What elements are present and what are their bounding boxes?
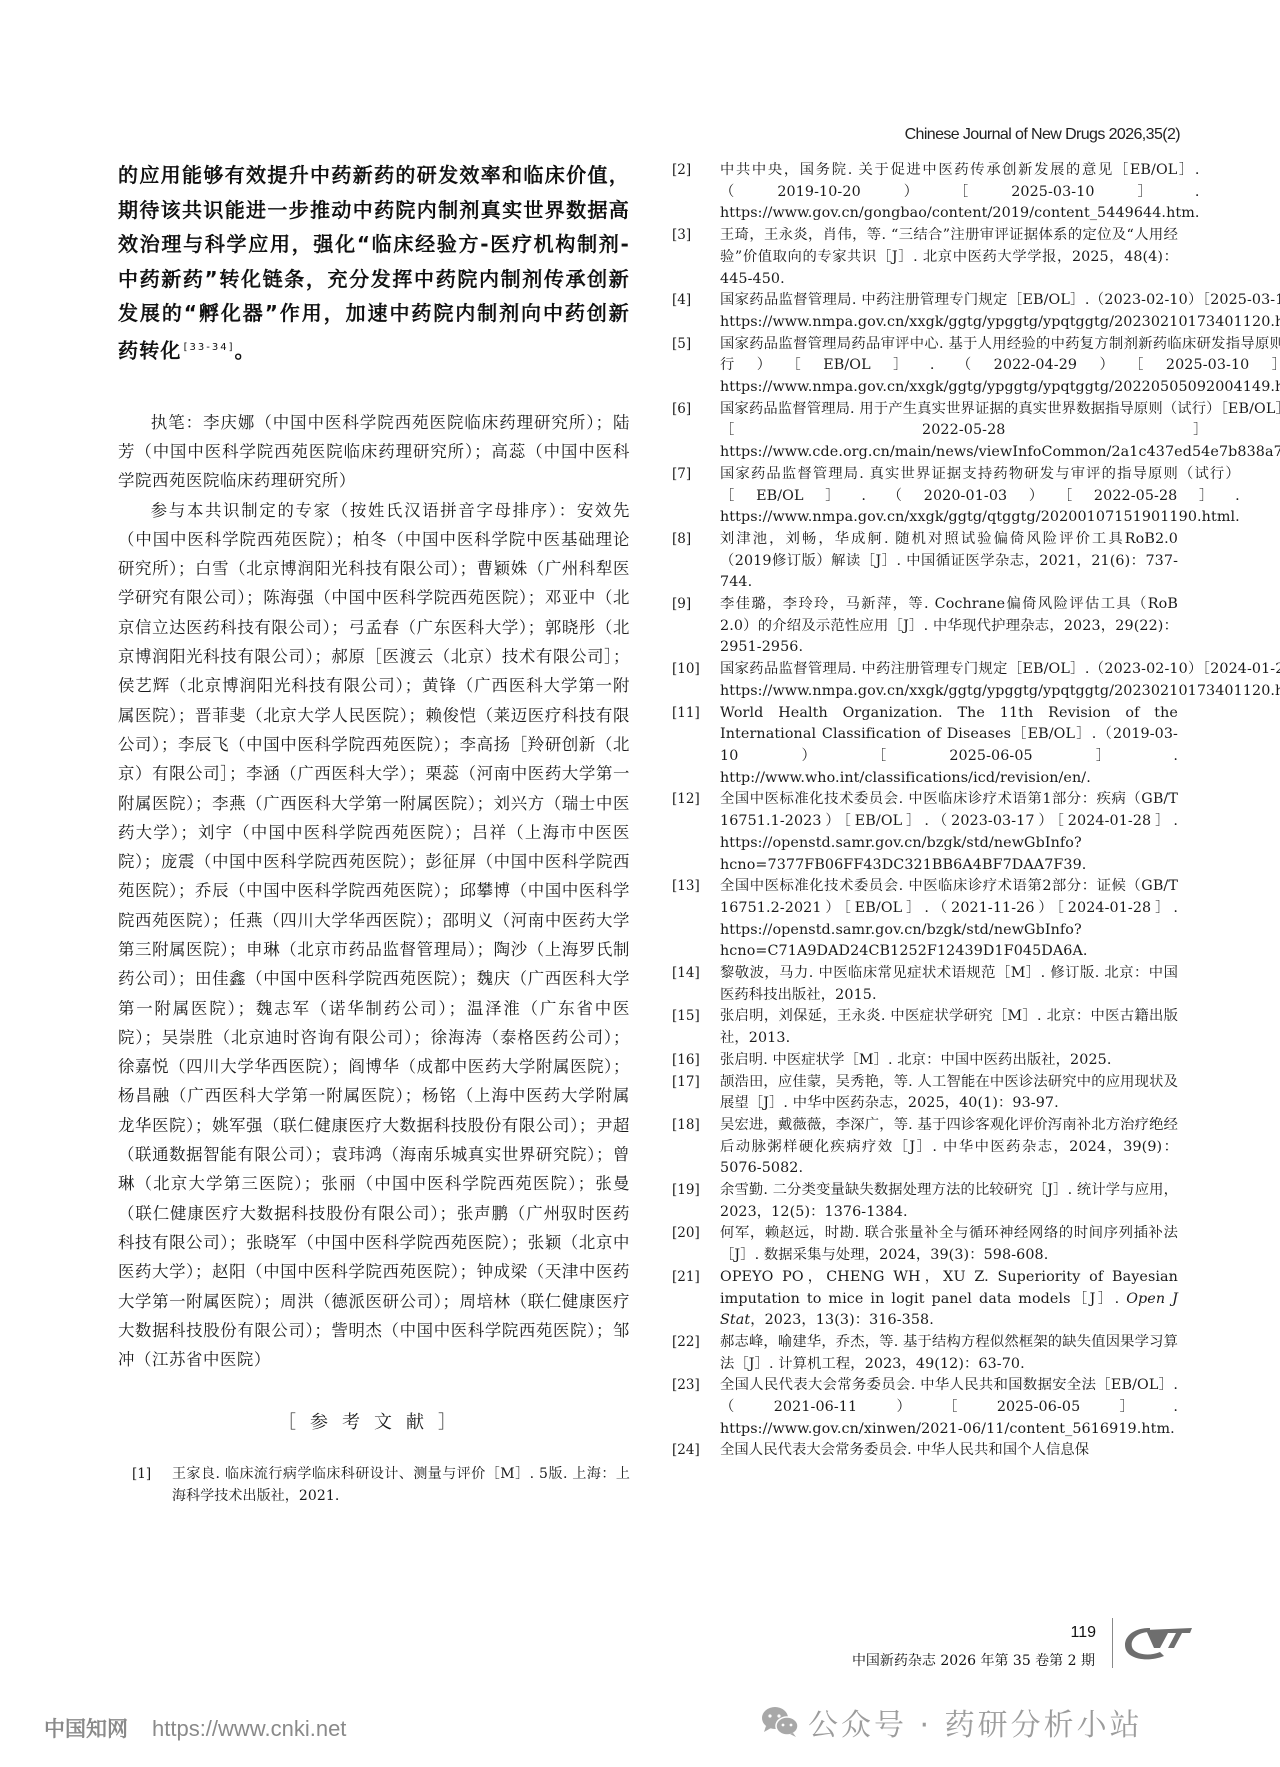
reference-number: [18] [672,1115,720,1180]
reference-text: 国家药品监督管理局药品审评中心. 基于人用经验的中药复方制剂新药临床研发指导原则… [720,334,1280,399]
reference-text: 黎敬波，马力. 中医临床常见症状术语规范［M］. 修订版. 北京：中国医药科技出… [720,963,1178,1006]
reference-item: [1] 王家良. 临床流行病学临床科研设计、测量与评价［M］. 5版. 上海：上… [118,1464,630,1507]
reference-number: [5] [672,334,720,399]
cnki-url[interactable]: https://www.cnki.net [152,1716,346,1741]
wechat-account-label: 公众号 · 药研分析小站 [808,1700,1143,1744]
reference-number: [8] [672,529,720,594]
reference-item: [4]国家药品监督管理局. 中药注册管理专门规定［EB/OL］.（2023-02… [672,290,1178,333]
reference-text: 郝志峰，喻建华，乔杰，等. 基于结构方程似然框架的缺失值因果学习算法［J］. 计… [720,1332,1178,1375]
reference-number: [15] [672,1006,720,1049]
credits-section: 执笔：李庆娜（中国中医科学院西苑医院临床药理研究所）；陆芳（中国中医科学院西苑医… [118,408,630,1375]
closing-period: 。 [234,338,255,362]
closing-paragraph-text: 的应用能够有效提升中药新药的研发效率和临床价值，期待该共识能进一步推动中药院内制… [118,163,630,362]
cnki-name: 中国知网 [44,1718,128,1741]
reference-item: [11]World Health Organization. The 11th … [672,703,1178,790]
reference-text: 吴宏进，戴薇薇，李深广，等. 基于四诊客观化评价泻南补北方治疗绝经后动脉粥样硬化… [720,1115,1178,1180]
reference-number: [12] [672,789,720,876]
reference-item: [20]何军，赖赵远，时勘. 联合张量补全与循环神经网络的时间序列插补法［J］.… [672,1223,1178,1266]
reference-text: 全国人民代表大会常务委员会. 中华人民共和国数据安全法［EB/OL］.（2021… [720,1375,1178,1440]
reference-item: [23]全国人民代表大会常务委员会. 中华人民共和国数据安全法［EB/OL］.（… [672,1375,1178,1440]
reference-number: [16] [672,1050,720,1072]
reference-number: [17] [672,1072,720,1115]
reference-number: [24] [672,1440,720,1462]
reference-item: [17]颉浩田，应佳蒙，吴秀艳，等. 人工智能在中医诊法研究中的应用现状及展望［… [672,1072,1178,1115]
reference-item: [21]OPEYO PO，CHENG WH，XU Z. Superiority … [672,1267,1178,1332]
reference-number: [9] [672,594,720,659]
page-number: 119 [1000,1624,1096,1642]
reference-item: [22]郝志峰，喻建华，乔杰，等. 基于结构方程似然框架的缺失值因果学习算法［J… [672,1332,1178,1375]
reference-text: 国家药品监督管理局. 真实世界证据支持药物研发与审评的指导原则（试行）［EB/O… [720,464,1240,529]
reference-item: [12]全国中医标准化技术委员会. 中医临床诊疗术语第1部分：疾病（GB/T 1… [672,789,1178,876]
reference-number: [10] [672,659,720,702]
reference-number: [22] [672,1332,720,1375]
reference-text: 余雪勤. 二分类变量缺失数据处理方法的比较研究［J］. 统计学与应用，2023，… [720,1180,1178,1223]
reference-item: [19]余雪勤. 二分类变量缺失数据处理方法的比较研究［J］. 统计学与应用，2… [672,1180,1178,1223]
reference-text: 王家良. 临床流行病学临床科研设计、测量与评价［M］. 5版. 上海：上海科学技… [172,1464,630,1507]
reference-text: 张启明，刘保延，王永炎. 中医症状学研究［M］. 北京：中医古籍出版社，2013… [720,1006,1178,1049]
reference-text: 中共中央，国务院. 关于促进中医药传承创新发展的意见［EB/OL］.（2019-… [720,160,1200,225]
reference-text: 全国人民代表大会常务委员会. 中华人民共和国个人信息保 [720,1440,1178,1462]
reference-text: 颉浩田，应佳蒙，吴秀艳，等. 人工智能在中医诊法研究中的应用现状及展望［J］. … [720,1072,1178,1115]
closing-paragraph: 的应用能够有效提升中药新药的研发效率和临床价值，期待该共识能进一步推动中药院内制… [118,158,630,368]
reference-number: [13] [672,876,720,963]
reference-item: [3]王琦，王永炎，肖伟，等. “三结合”注册审评证据体系的定位及“人用经验”价… [672,225,1178,290]
reference-text: 王琦，王永炎，肖伟，等. “三结合”注册审评证据体系的定位及“人用经验”价值取向… [720,225,1178,290]
reference-item: [9]李佳璐，李玲玲，马新萍，等. Cochrane偏倚风险评估工具（RoB 2… [672,594,1178,659]
reference-number: [21] [672,1267,720,1332]
reference-number: [20] [672,1223,720,1266]
reference-item: [24]全国人民代表大会常务委员会. 中华人民共和国个人信息保 [672,1440,1178,1462]
reference-number: [1] [118,1464,172,1507]
journal-logo-icon [1120,1624,1200,1664]
reference-item: [16]张启明. 中医症状学［M］. 北京：中国中医药出版社，2025. [672,1050,1178,1072]
cnki-watermark: 中国知网https://www.cnki.net [44,1713,346,1743]
reference-text: 国家药品监督管理局. 中药注册管理专门规定［EB/OL］.（2023-02-10… [720,290,1280,333]
wechat-icon [760,1704,800,1740]
reference-item: [2]中共中央，国务院. 关于促进中医药传承创新发展的意见［EB/OL］.（20… [672,160,1178,225]
authors-paragraph: 执笔：李庆娜（中国中医科学院西苑医院临床药理研究所）；陆芳（中国中医科学院西苑医… [118,408,630,496]
wechat-watermark: 公众号 · 药研分析小站 [760,1700,1143,1744]
left-column: 的应用能够有效提升中药新药的研发效率和临床价值，期待该共识能进一步推动中药院内制… [118,158,630,1508]
reference-text: 国家药品监督管理局. 中药注册管理专门规定［EB/OL］.（2023-02-10… [720,659,1280,702]
citation-marker[interactable]: [33-34] [184,342,235,353]
reference-item: [13]全国中医标准化技术委员会. 中医临床诊疗术语第2部分：证候（GB/T 1… [672,876,1178,963]
reference-text: 全国中医标准化技术委员会. 中医临床诊疗术语第1部分：疾病（GB/T 16751… [720,789,1178,876]
reference-item: [18]吴宏进，戴薇薇，李深广，等. 基于四诊客观化评价泻南补北方治疗绝经后动脉… [672,1115,1178,1180]
reference-text: World Health Organization. The 11th Revi… [720,703,1178,790]
reference-number: [7] [672,464,720,529]
reference-text: 国家药品监督管理局. 用于产生真实世界证据的真实世界数据指导原则（试行）［EB/… [720,399,1280,464]
reference-item: [6]国家药品监督管理局. 用于产生真实世界证据的真实世界数据指导原则（试行）［… [672,399,1178,464]
reference-number: [23] [672,1375,720,1440]
reference-item: [10]国家药品监督管理局. 中药注册管理专门规定［EB/OL］.（2023-0… [672,659,1178,702]
reference-item: [15]张启明，刘保延，王永炎. 中医症状学研究［M］. 北京：中医古籍出版社，… [672,1006,1178,1049]
reference-number: [3] [672,225,720,290]
reference-text: 刘津池，刘畅，华成舸. 随机对照试验偏倚风险评价工具RoB2.0（2019修订版… [720,529,1178,594]
reference-number: [4] [672,290,720,333]
footer-divider [1112,1618,1113,1668]
reference-number: [2] [672,160,720,225]
reference-number: [14] [672,963,720,1006]
journal-issue: 中国新药杂志 2026 年第 35 卷第 2 期 [852,1650,1095,1670]
reference-text: 全国中医标准化技术委员会. 中医临床诊疗术语第2部分：证候（GB/T 16751… [720,876,1178,963]
right-column: [2]中共中央，国务院. 关于促进中医药传承创新发展的意见［EB/OL］.（20… [672,160,1178,1462]
experts-paragraph: 参与本共识制定的专家（按姓氏汉语拼音字母排序）：安效先（中国中医科学院西苑医院）… [118,496,630,1375]
running-head: Chinese Journal of New Drugs 2026,35(2) [905,126,1180,144]
references-heading: ［参考文献］ [118,1408,630,1434]
reference-text: OPEYO PO，CHENG WH，XU Z. Superiority of B… [720,1267,1178,1332]
reference-text-main: OPEYO PO，CHENG WH，XU Z. Superiority of B… [720,1269,1178,1307]
reference-text: 李佳璐，李玲玲，马新萍，等. Cochrane偏倚风险评估工具（RoB 2.0）… [720,594,1178,659]
reference-item: [8]刘津池，刘畅，华成舸. 随机对照试验偏倚风险评价工具RoB2.0（2019… [672,529,1178,594]
reference-number: [19] [672,1180,720,1223]
reference-text: 何军，赖赵远，时勘. 联合张量补全与循环神经网络的时间序列插补法［J］. 数据采… [720,1223,1178,1266]
reference-number: [6] [672,399,720,464]
reference-item: [5]国家药品监督管理局药品审评中心. 基于人用经验的中药复方制剂新药临床研发指… [672,334,1178,399]
reference-number: [11] [672,703,720,790]
reference-item: [7]国家药品监督管理局. 真实世界证据支持药物研发与审评的指导原则（试行）［E… [672,464,1178,529]
reference-text: 张启明. 中医症状学［M］. 北京：中国中医药出版社，2025. [720,1050,1178,1072]
reference-item: [14]黎敬波，马力. 中医临床常见症状术语规范［M］. 修订版. 北京：中国医… [672,963,1178,1006]
reference-text-after: ，2023，13(3)：316-358. [750,1312,934,1328]
